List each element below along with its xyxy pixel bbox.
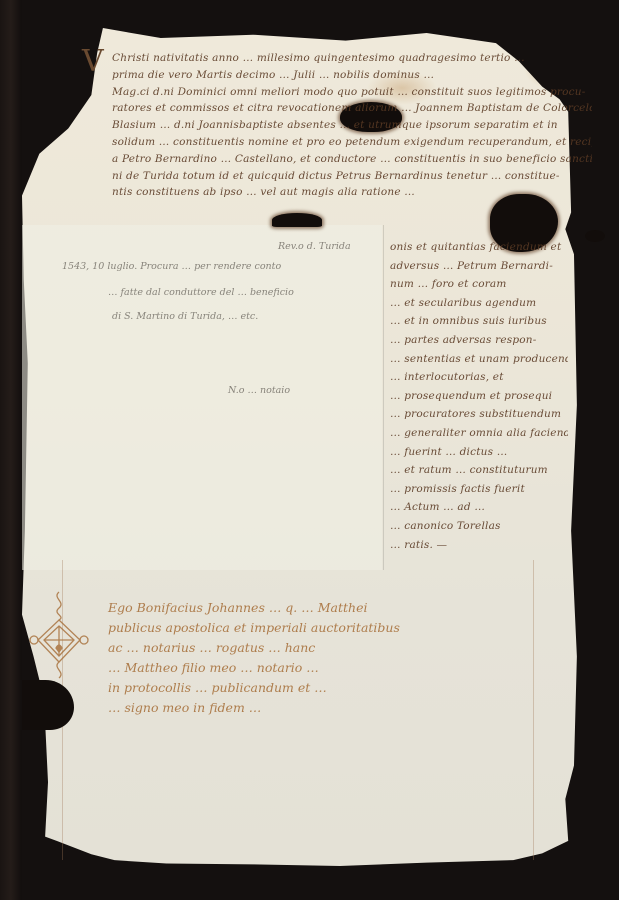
- notary-line: Ego Bonifacius Johannes … q. … Matthei: [108, 598, 400, 618]
- text-line: … prosequendum et prosequi: [390, 387, 568, 406]
- text-line: Christi nativitatis anno … millesimo qui…: [112, 50, 592, 67]
- text-line: a Petro Bernardino … Castellano, et cond…: [112, 151, 592, 168]
- overlay-edge: [383, 225, 384, 570]
- pencil-note-line: 1543, 10 luglio. Procura … per rendere c…: [62, 256, 281, 278]
- right-column-text: onis et quitantias faciendum et adversus…: [390, 238, 568, 554]
- text-line: ntis constituens ab ipso … vel aut magis…: [112, 184, 592, 201]
- text-line: Blasium … d.ni Joannisbaptiste absentes …: [112, 117, 592, 134]
- right-margin-rule: [533, 560, 534, 860]
- text-line: … et secularibus agendum: [390, 294, 568, 313]
- text-line: adversus … Petrum Bernardi-: [390, 257, 568, 276]
- notary-subscription-block: Ego Bonifacius Johannes … q. … Matthei p…: [108, 598, 400, 718]
- notary-line: in protocollis … publicandum et …: [108, 678, 400, 698]
- text-line: Mag.ci d.ni Dominici omni meliori modo q…: [112, 84, 592, 101]
- text-line: onis et quitantias faciendum et: [390, 238, 568, 257]
- text-line: ni de Turida totum id et quicquid dictus…: [112, 168, 592, 185]
- text-line: … interlocutorias, et: [390, 368, 568, 387]
- main-text-block: Christi nativitatis anno … millesimo qui…: [112, 50, 592, 201]
- scan-background-band: [0, 0, 22, 900]
- text-line: … fuerint … dictus …: [390, 443, 568, 462]
- text-line: num … foro et coram: [390, 275, 568, 294]
- notary-line: … signo meo in fidem …: [108, 698, 400, 718]
- pencil-note-line: di S. Martino di Turida, … etc.: [112, 306, 258, 328]
- burn-hole: [272, 213, 322, 227]
- text-line: … procuratores substituendum: [390, 405, 568, 424]
- text-line: solidum … constituentis nomine et pro eo…: [112, 134, 592, 151]
- text-line: … canonico Torellas: [390, 517, 568, 536]
- text-line: … partes adversas respon-: [390, 331, 568, 350]
- notary-signum-icon: [28, 590, 90, 680]
- pencil-note-line: … fatte dal conduttore del … beneficio: [108, 282, 294, 304]
- text-line: … et ratum … constituturum: [390, 461, 568, 480]
- notary-line: … Mattheo filio meo … notario …: [108, 658, 400, 678]
- text-line: … ratis. —: [390, 536, 568, 555]
- initial-letter: V: [82, 44, 104, 79]
- edge-loss: [585, 230, 605, 242]
- text-line: … generaliter omnia alia faciendum: [390, 424, 568, 443]
- text-line: … Actum … ad …: [390, 498, 568, 517]
- text-line: … promissis factis fuerit: [390, 480, 568, 499]
- pencil-signature: N.o … notaio: [228, 380, 290, 402]
- edge-loss: [22, 680, 74, 730]
- notary-line: publicus apostolica et imperiali auctori…: [108, 618, 400, 638]
- text-line: … sententias et unam producendum: [390, 350, 568, 369]
- notary-line: ac … notarius … rogatus … hanc: [108, 638, 400, 658]
- text-line: … et in omnibus suis iuribus: [390, 312, 568, 331]
- pencil-heading: Rev.o d. Turida: [278, 236, 351, 258]
- text-line: ratores et commissos et citra revocation…: [112, 100, 592, 117]
- text-line: prima die vero Martis decimo … Julii … n…: [112, 67, 592, 84]
